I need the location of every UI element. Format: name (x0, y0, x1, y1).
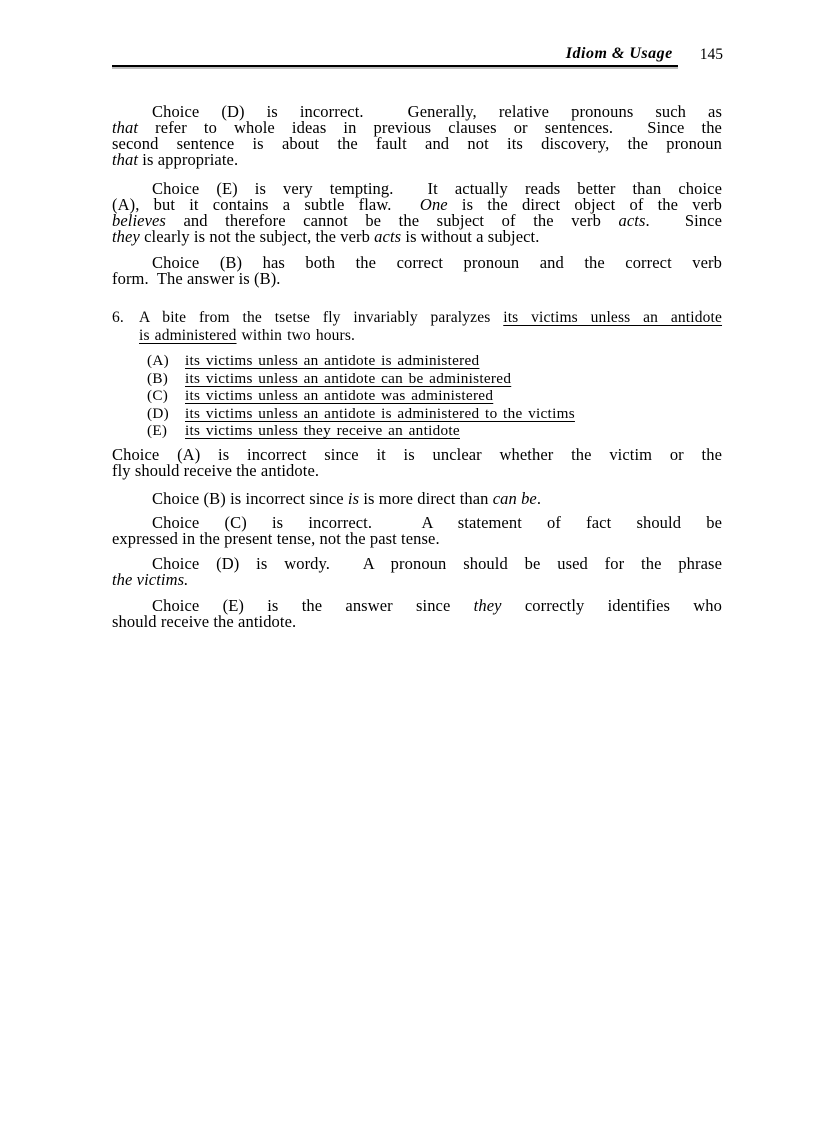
choice-letter: (A) (147, 352, 185, 370)
para-choice-c-explanation: Choice (C) is incorrect. A statement of … (112, 515, 722, 547)
page-number: 145 (700, 46, 723, 67)
page-header: Idiom & Usage 145 (112, 0, 723, 67)
para-choice-b-explanation: Choice (B) is incorrect since is is more… (112, 491, 722, 507)
question-number: 6. (112, 309, 139, 345)
para-choice-e-answer: Choice (E) is the answer since they corr… (112, 598, 722, 630)
choice-text: its victims unless they receive an antid… (185, 422, 460, 440)
choice-row-e: (E) its victims unless they receive an a… (147, 422, 722, 440)
choice-row-a: (A) its victims unless an antidote is ad… (147, 352, 722, 370)
para-choice-b-answer: Choice (B) has both the correct pronoun … (112, 255, 722, 287)
choice-row-d: (D) its victims unless an antidote is ad… (147, 405, 722, 423)
choice-letter: (C) (147, 387, 185, 405)
choice-row-b: (B) its victims unless an antidote can b… (147, 370, 722, 388)
header-rule (112, 57, 558, 67)
choice-row-c: (C) its victims unless an antidote was a… (147, 387, 722, 405)
choice-text: its victims unless an antidote is admini… (185, 352, 479, 370)
question-stem: A bite from the tsetse fly invariably pa… (139, 309, 722, 345)
para-choice-e-explanation: Choice (E) is very tempting. It actually… (112, 181, 722, 245)
document-page: Idiom & Usage 145 Choice (D) is incorrec… (0, 0, 816, 1123)
choice-text: its victims unless an antidote was admin… (185, 387, 493, 405)
choice-letter: (D) (147, 405, 185, 423)
choice-text: its victims unless an antidote is admini… (185, 405, 575, 423)
para-choice-a-explanation: Choice (A) is incorrect since it is uncl… (112, 447, 722, 479)
question-6: 6. A bite from the tsetse fly invariably… (112, 309, 722, 345)
choice-letter: (B) (147, 370, 185, 388)
choice-text: its victims unless an antidote can be ad… (185, 370, 511, 388)
page-content: Choice (D) is incorrect. Generally, rela… (112, 104, 722, 630)
choice-letter: (E) (147, 422, 185, 440)
para-choice-d-wordy-explanation: Choice (D) is wordy. A pronoun should be… (112, 556, 722, 588)
para-choice-d-explanation: Choice (D) is incorrect. Generally, rela… (112, 104, 722, 168)
running-head: Idiom & Usage (558, 45, 678, 67)
choices-list: (A) its victims unless an antidote is ad… (112, 352, 722, 440)
